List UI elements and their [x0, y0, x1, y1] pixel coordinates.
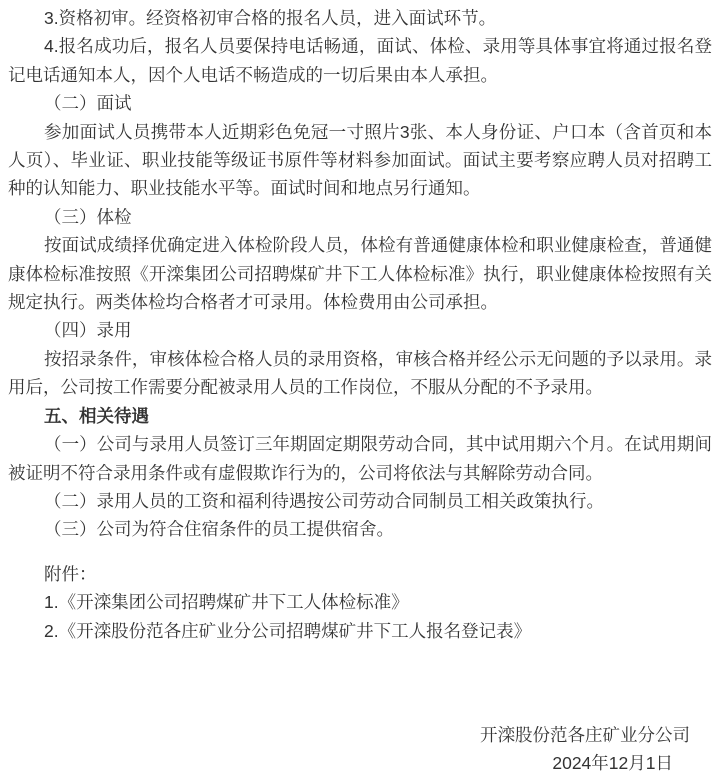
section-heading-interview: （二）面试 — [8, 89, 712, 117]
signature-date: 2024年12月1日 — [8, 749, 690, 777]
recruitment-notice-document: 3.资格初审。经资格初审合格的报名人员，进入面试环节。 4.报名成功后，报名人员… — [0, 0, 720, 780]
signature-block: 开滦股份范各庄矿业分公司 2024年12月1日 — [8, 721, 712, 778]
paragraph-qualification-review: 3.资格初审。经资格初审合格的报名人员，进入面试环节。 — [8, 4, 712, 32]
paragraph-physical-exam-details: 按面试成绩择优确定进入体检阶段人员，体检有普通健康体检和职业健康检查，普通健康体… — [8, 231, 712, 316]
signature-company: 开滦股份范各庄矿业分公司 — [8, 721, 690, 749]
paragraph-registration-success: 4.报名成功后，报名人员要保持电话畅通，面试、体检、录用等具体事宜将通过报名登记… — [8, 32, 712, 89]
paragraph-salary-welfare: （二）录用人员的工资和福利待遇按公司劳动合同制员工相关政策执行。 — [8, 487, 712, 515]
section-heading-benefits: 五、相关待遇 — [8, 402, 712, 430]
section-heading-physical-exam: （三）体检 — [8, 203, 712, 231]
paragraph-employment-details: 按招录条件，审核体检合格人员的录用资格，审核合格并经公示无问题的予以录用。录用后… — [8, 345, 712, 402]
attachments-section: 附件： 1.《开滦集团公司招聘煤矿井下工人体检标准》 2.《开滦股份范各庄矿业分… — [8, 560, 712, 645]
attachment-item-1: 1.《开滦集团公司招聘煤矿井下工人体检标准》 — [8, 588, 712, 616]
attachment-item-2: 2.《开滦股份范各庄矿业分公司招聘煤矿井下工人报名登记表》 — [8, 617, 712, 645]
section-heading-employment: （四）录用 — [8, 316, 712, 344]
attachments-label: 附件： — [8, 560, 712, 588]
paragraph-interview-details: 参加面试人员携带本人近期彩色免冠一寸照片3张、本人身份证、户口本（含首页和本人页… — [8, 118, 712, 203]
paragraph-labor-contract: （一）公司与录用人员签订三年期固定期限劳动合同，其中试用期六个月。在试用期间被证… — [8, 430, 712, 487]
paragraph-dormitory: （三）公司为符合住宿条件的员工提供宿舍。 — [8, 515, 712, 543]
